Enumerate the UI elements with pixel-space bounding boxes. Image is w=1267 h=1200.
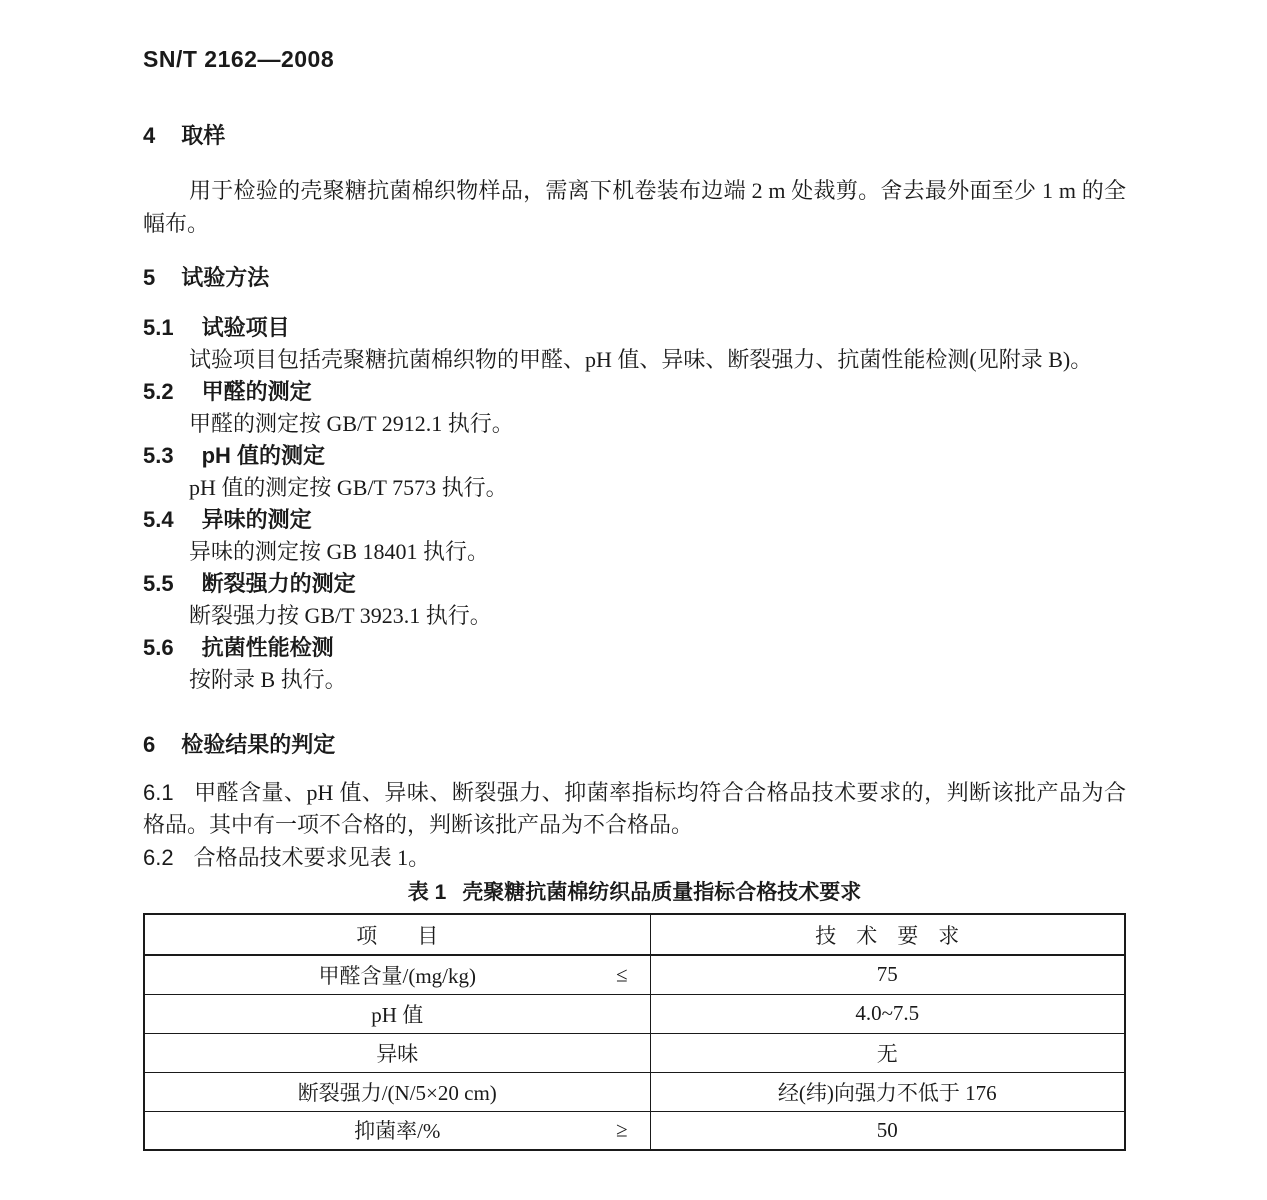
item-label: pH 值: [371, 1003, 423, 1027]
subsection-5-5-number: 5.5: [143, 568, 174, 600]
item-cell: 甲醛含量/(mg/kg)≤: [144, 955, 650, 994]
doc-number: SN/T 2162—2008: [143, 46, 1126, 72]
subsection-5-4-heading: 5.4异味的测定: [143, 504, 1126, 536]
item-label: 异味: [376, 1042, 418, 1066]
page-content: SN/T 2162—2008 4取样 用于检验的壳聚糖抗菌棉织物样品，需离下机卷…: [143, 46, 1126, 1151]
subsection-5-4-title: 异味的测定: [202, 507, 312, 532]
subsection-5-6-number: 5.6: [143, 632, 174, 664]
clause-6-1-body: 甲醛含量、pH 值、异味、断裂强力、抑菌率指标均符合合格品技术要求的，判断该批产…: [143, 780, 1126, 837]
table-header-item-label: 项目: [316, 924, 478, 948]
requirement-cell: 50: [650, 1111, 1125, 1150]
subsection-5-5-title: 断裂强力的测定: [202, 571, 356, 596]
subsection-5-3-title: pH 值的测定: [202, 443, 325, 468]
item-label: 断裂强力/(N/5×20 cm): [298, 1081, 497, 1105]
table-header-item: 项目: [144, 914, 650, 955]
subsection-5-4-number: 5.4: [143, 504, 174, 536]
subsection-5-2-title: 甲醛的测定: [202, 379, 312, 404]
table-caption-title: 壳聚糖抗菌棉纺织品质量指标合格技术要求: [462, 881, 861, 904]
item-label: 抑菌率/%: [354, 1119, 440, 1143]
section-5-number: 5: [143, 262, 155, 294]
section-4-number: 4: [143, 120, 155, 152]
document-page: SN/T 2162—2008 4取样 用于检验的壳聚糖抗菌棉织物样品，需离下机卷…: [0, 0, 1267, 1200]
requirement-cell: 经(纬)向强力不低于 176: [650, 1072, 1125, 1111]
subsection-5-5-body: 断裂强力按 GB/T 3923.1 执行。: [143, 600, 1126, 632]
subsection-5-5-heading: 5.5断裂强力的测定: [143, 568, 1126, 600]
table-row: pH 值 4.0~7.5: [144, 994, 1125, 1033]
subsection-5-4-body: 异味的测定按 GB 18401 执行。: [143, 536, 1126, 568]
subsection-5-3-heading: 5.3pH 值的测定: [143, 440, 1126, 472]
subsection-5-1-title: 试验项目: [202, 315, 290, 340]
subsection-5-3-number: 5.3: [143, 440, 174, 472]
table-header-requirement: 技术要求: [650, 914, 1125, 955]
subsection-5-2-body: 甲醛的测定按 GB/T 2912.1 执行。: [143, 408, 1126, 440]
item-cell: 断裂强力/(N/5×20 cm): [144, 1072, 650, 1111]
section-6-number: 6: [143, 729, 155, 761]
table-row: 甲醛含量/(mg/kg)≤ 75: [144, 955, 1125, 994]
subsection-5-1-body: 试验项目包括壳聚糖抗菌棉织物的甲醛、pH 值、异味、断裂强力、抗菌性能检测(见附…: [143, 344, 1126, 376]
subsection-5-2-number: 5.2: [143, 376, 174, 408]
table-row: 异味 无: [144, 1033, 1125, 1072]
subsection-5-2-heading: 5.2甲醛的测定: [143, 376, 1126, 408]
subsection-5-6-heading: 5.6抗菌性能检测: [143, 632, 1126, 664]
clause-6-2: 6.2合格品技术要求见表 1。: [143, 842, 1126, 874]
subsection-5-1-number: 5.1: [143, 312, 174, 344]
section-5-title: 试验方法: [181, 265, 269, 290]
section-4-title: 取样: [181, 123, 225, 148]
section-5-heading: 5试验方法: [143, 262, 1126, 294]
table-header-row: 项目 技术要求: [144, 914, 1125, 955]
item-cell: pH 值: [144, 994, 650, 1033]
table-row: 断裂强力/(N/5×20 cm) 经(纬)向强力不低于 176: [144, 1072, 1125, 1111]
requirement-cell: 无: [650, 1033, 1125, 1072]
greater-equal-symbol: ≥: [616, 1118, 628, 1143]
table-row: 抑菌率/%≥ 50: [144, 1111, 1125, 1150]
clause-6-2-body: 合格品技术要求见表 1。: [194, 845, 431, 870]
subsection-5-6-body: 按附录 B 执行。: [143, 664, 1126, 696]
requirement-cell: 75: [650, 955, 1125, 994]
requirement-cell: 4.0~7.5: [650, 994, 1125, 1033]
item-cell: 抑菌率/%≥: [144, 1111, 650, 1150]
section-4-heading: 4取样: [143, 120, 1126, 152]
item-label: 甲醛含量/(mg/kg): [319, 964, 477, 988]
table-caption-label: 表 1: [408, 881, 447, 904]
less-equal-symbol: ≤: [616, 962, 628, 987]
table-header-requirement-label: 技术要求: [795, 924, 979, 948]
section-6-heading: 6检验结果的判定: [143, 729, 1126, 761]
section-4-paragraph: 用于检验的壳聚糖抗菌棉织物样品，需离下机卷装布边端 2 m 处裁剪。舍去最外面至…: [143, 174, 1126, 240]
section-6-title: 检验结果的判定: [181, 732, 335, 757]
table1: 项目 技术要求 甲醛含量/(mg/kg)≤ 75 pH 值 4.0~7.5 异味…: [143, 913, 1126, 1151]
subsection-5-3-body: pH 值的测定按 GB/T 7573 执行。: [143, 472, 1126, 504]
clause-6-1: 6.1甲醛含量、pH 值、异味、断裂强力、抑菌率指标均符合合格品技术要求的，判断…: [143, 777, 1126, 841]
subsection-5-6-title: 抗菌性能检测: [202, 635, 334, 660]
subsection-5-1-heading: 5.1试验项目: [143, 312, 1126, 344]
clause-6-1-number: 6.1: [143, 777, 174, 809]
table-caption: 表 1壳聚糖抗菌棉纺织品质量指标合格技术要求: [143, 878, 1126, 908]
clause-6-2-number: 6.2: [143, 842, 174, 874]
item-cell: 异味: [144, 1033, 650, 1072]
